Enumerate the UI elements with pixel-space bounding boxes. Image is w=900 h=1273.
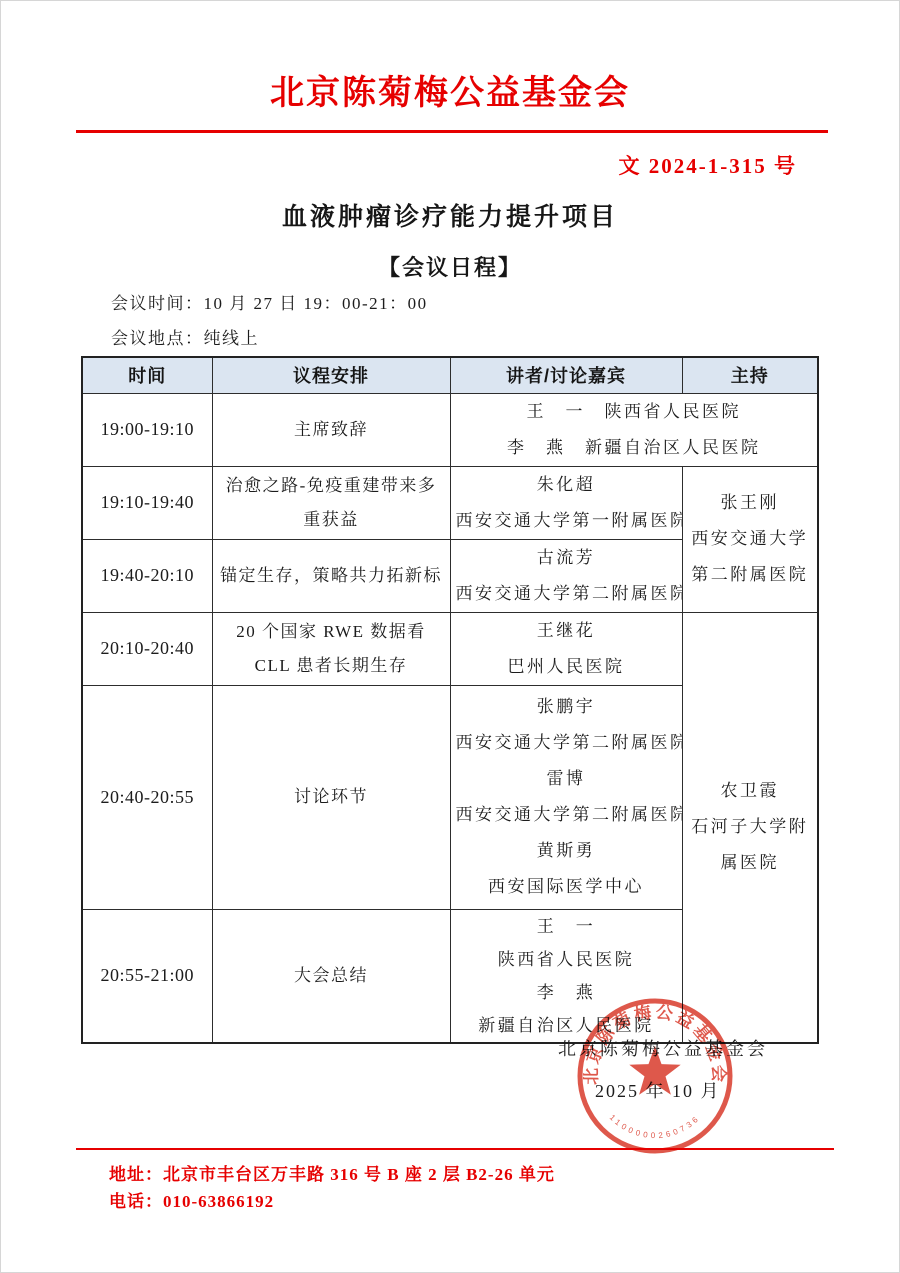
speaker-line: 西安交通大学第一附属医院 (456, 503, 677, 539)
agenda-heading: 【会议日程】 (1, 251, 899, 282)
speaker-line: 陕西省人民医院 (456, 943, 677, 976)
agenda-table: 时间 议程安排 讲者/讨论嘉宾 主持 19:00-19:10 主席致辞 王 一 … (81, 356, 819, 1044)
speaker-line: 王 一 陕西省人民医院 (456, 394, 813, 430)
table-row: 19:00-19:10 主席致辞 王 一 陕西省人民医院 李 燕 新疆自治区人民… (82, 393, 818, 466)
col-header-speakers: 讲者/讨论嘉宾 (450, 357, 682, 393)
speakers-cell: 张鹏宇 西安交通大学第二附属医院 雷博 西安交通大学第二附属医院 黄斯勇 西安国… (450, 685, 682, 909)
col-header-agenda: 议程安排 (212, 357, 450, 393)
speaker-line: 黄斯勇 (456, 833, 677, 869)
speakers-cell: 王继花 巴州人民医院 (450, 612, 682, 685)
meeting-time: 会议时间：10 月 27 日 19：00-21：00 (111, 289, 428, 314)
speaker-line: 古流芳 (456, 540, 677, 576)
speaker-line: 王继花 (456, 613, 677, 649)
time-cell: 19:10-19:40 (82, 466, 212, 539)
col-header-time: 时间 (82, 357, 212, 393)
speakers-cell: 王 一 陕西省人民医院 李 燕 新疆自治区人民医院 (450, 393, 818, 466)
host-cell: 农卫霞 石河子大学附属医院 (682, 612, 818, 1043)
org-title: 北京陈菊梅公益基金会 (1, 65, 899, 114)
speakers-cell: 古流芳 西安交通大学第二附属医院 (450, 539, 682, 612)
host-name: 张王刚 (688, 485, 813, 521)
agenda-cell: 讨论环节 (212, 685, 450, 909)
footer-phone: 电话：010-63866192 (109, 1187, 274, 1212)
col-header-host: 主持 (682, 357, 818, 393)
header-divider (76, 130, 828, 133)
speaker-line: 雷博 (456, 761, 677, 797)
speaker-line: 西安交通大学第二附属医院 (456, 725, 677, 761)
speaker-line: 西安交通大学第二附属医院 (456, 797, 677, 833)
agenda-cell: 锚定生存，策略共力拓新标 (212, 539, 450, 612)
footer-address: 地址：北京市丰台区万丰路 316 号 B 座 2 层 B2-26 单元 (109, 1160, 555, 1185)
table-row: 19:10-19:40 治愈之路-免疫重建带来多重获益 朱化超 西安交通大学第一… (82, 466, 818, 539)
meeting-place: 会议地点：纯线上 (111, 324, 259, 349)
speaker-line: 朱化超 (456, 467, 677, 503)
table-row: 20:10-20:40 20 个国家 RWE 数据看 CLL 患者长期生存 王继… (82, 612, 818, 685)
seal-serial: 1100000260736 (608, 1113, 703, 1140)
speaker-line: 王 一 (456, 910, 677, 943)
host-org: 西安交通大学第二附属医院 (688, 521, 813, 593)
doc-number: 文 2024-1-315 号 (619, 150, 798, 180)
agenda-cell: 治愈之路-免疫重建带来多重获益 (212, 466, 450, 539)
time-cell: 20:55-21:00 (82, 909, 212, 1043)
host-name: 农卫霞 (688, 773, 813, 809)
agenda-cell: 主席致辞 (212, 393, 450, 466)
speaker-line: 李 燕 新疆自治区人民医院 (456, 430, 813, 466)
table-header-row: 时间 议程安排 讲者/讨论嘉宾 主持 (82, 357, 818, 393)
host-org: 石河子大学附属医院 (688, 809, 813, 881)
seal-star-icon (629, 1046, 680, 1095)
time-cell: 19:00-19:10 (82, 393, 212, 466)
document-page: 北京陈菊梅公益基金会 文 2024-1-315 号 血液肿瘤诊疗能力提升项目 【… (0, 0, 900, 1273)
speaker-line: 西安国际医学中心 (456, 869, 677, 905)
speakers-cell: 朱化超 西安交通大学第一附属医院 (450, 466, 682, 539)
time-cell: 20:10-20:40 (82, 612, 212, 685)
agenda-table-container: 时间 议程安排 讲者/讨论嘉宾 主持 19:00-19:10 主席致辞 王 一 … (81, 356, 819, 1044)
time-cell: 19:40-20:10 (82, 539, 212, 612)
project-title: 血液肿瘤诊疗能力提升项目 (1, 197, 899, 233)
agenda-cell: 20 个国家 RWE 数据看 CLL 患者长期生存 (212, 612, 450, 685)
speaker-line: 巴州人民医院 (456, 649, 677, 685)
host-cell: 张王刚 西安交通大学第二附属医院 (682, 466, 818, 612)
speaker-line: 西安交通大学第二附属医院 (456, 576, 677, 612)
footer-divider (76, 1148, 834, 1150)
agenda-cell: 大会总结 (212, 909, 450, 1043)
speaker-line: 张鹏宇 (456, 689, 677, 725)
svg-text:1100000260736: 1100000260736 (608, 1113, 703, 1140)
time-cell: 20:40-20:55 (82, 685, 212, 909)
official-seal: 北京陈菊梅公益基金会 1100000260736 (573, 994, 737, 1158)
